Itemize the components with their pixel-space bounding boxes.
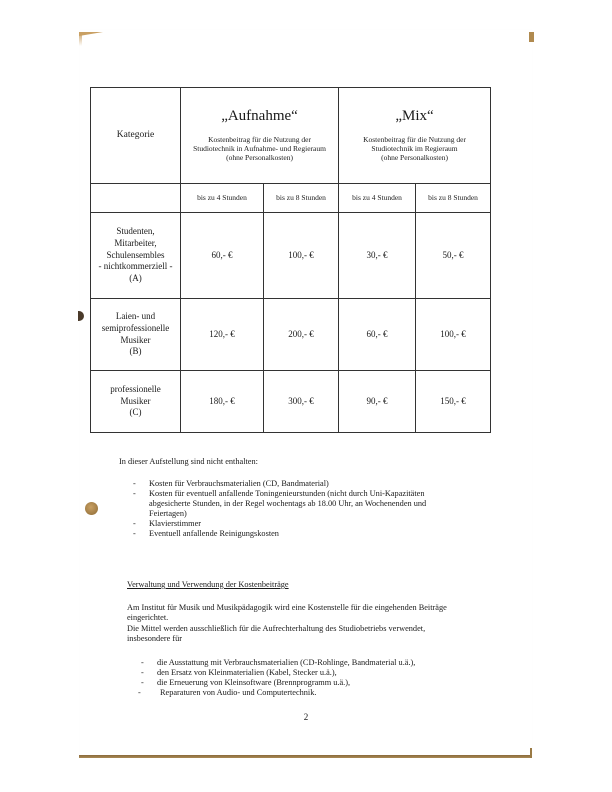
- punch-hole: [85, 502, 98, 515]
- page-number: 2: [0, 712, 612, 722]
- price-cell: 120,- €: [181, 299, 264, 371]
- price-table: Kategorie „Aufnahme“ Kostenbeitrag für d…: [90, 87, 491, 433]
- list-item-line: Feiertagen): [149, 509, 426, 519]
- bullet-dash: -: [133, 479, 136, 489]
- group-description-line: Studiotechnik im Regieraum: [342, 144, 487, 153]
- list-item: - Eventuell anfallende Reinigungskosten: [149, 529, 426, 539]
- list-item-line: Eventuell anfallende Reinigungskosten: [149, 529, 426, 539]
- category-line: professionelle: [94, 384, 177, 396]
- paragraph-line: insbesondere für: [127, 634, 182, 644]
- list-item-line: Kosten für eventuell anfallende Toningen…: [149, 489, 426, 499]
- price-cell: 60,- €: [339, 299, 416, 371]
- price-cell: 300,- €: [264, 371, 339, 433]
- group-description-line: Kostenbeitrag für die Nutzung der: [184, 135, 335, 144]
- price-cell: 90,- €: [339, 371, 416, 433]
- paper-bottom-edge: [79, 755, 532, 758]
- table-row: Studenten, Mitarbeiter, Schulensembles -…: [91, 213, 491, 299]
- list-item: - Kosten für eventuell anfallende Toning…: [149, 489, 426, 519]
- table-header-row: Kategorie „Aufnahme“ Kostenbeitrag für d…: [91, 88, 491, 184]
- table-row: Laien- und semiprofessionelle Musiker (B…: [91, 299, 491, 371]
- category-line: Mitarbeiter,: [94, 238, 177, 250]
- list-item: -die Erneuerung von Kleinsoftware (Brenn…: [157, 678, 415, 688]
- price-cell: 100,- €: [416, 299, 491, 371]
- category-cell: professionelle Musiker (C): [91, 371, 181, 433]
- category-header: Kategorie: [91, 88, 181, 184]
- list-item: - Kosten für Verbrauchsmaterialien (CD, …: [149, 479, 426, 489]
- category-line: (A): [94, 273, 177, 285]
- category-line: Schulensembles: [94, 250, 177, 262]
- list-item-line: Klavierstimmer: [149, 519, 426, 529]
- paper-tab-mark: [529, 32, 534, 42]
- exclusions-intro: In dieser Aufstellung sind nicht enthalt…: [119, 457, 258, 467]
- price-cell: 50,- €: [416, 213, 491, 299]
- price-cell: 150,- €: [416, 371, 491, 433]
- paragraph-line: eingerichtet.: [127, 613, 168, 623]
- group-title: „Mix“: [342, 108, 487, 125]
- category-cell: Studenten, Mitarbeiter, Schulensembles -…: [91, 213, 181, 299]
- list-item-line: Kosten für Verbrauchsmaterialien (CD, Ba…: [149, 479, 426, 489]
- paper-corner-edge: [530, 748, 532, 758]
- bullet-dash: -: [141, 668, 144, 678]
- list-item-text: die Erneuerung von Kleinsoftware (Brennp…: [157, 678, 350, 687]
- sub-header: bis zu 8 Stunden: [416, 184, 491, 213]
- category-line: semiprofessionelle: [94, 323, 177, 335]
- list-item-text: die Ausstattung mit Verbrauchsmaterialie…: [157, 658, 415, 667]
- sub-header: bis zu 8 Stunden: [264, 184, 339, 213]
- list-item: -die Ausstattung mit Verbrauchsmateriali…: [157, 658, 415, 668]
- list-item: -Reparaturen von Audio- und Computertech…: [157, 688, 415, 698]
- group-header-mix: „Mix“ Kostenbeitrag für die Nutzung der …: [339, 88, 491, 184]
- price-cell: 60,- €: [181, 213, 264, 299]
- empty-cell: [91, 184, 181, 213]
- group-description-line: (ohne Personalkosten): [184, 153, 335, 162]
- sub-header: bis zu 4 Stunden: [181, 184, 264, 213]
- category-line: Studenten,: [94, 226, 177, 238]
- sub-header: bis zu 4 Stunden: [339, 184, 416, 213]
- bullet-dash: -: [133, 489, 136, 499]
- list-item-line: abgesicherte Stunden, in der Regel woche…: [149, 499, 426, 509]
- price-cell: 180,- €: [181, 371, 264, 433]
- group-title: „Aufnahme“: [184, 108, 335, 125]
- bullet-dash: -: [141, 678, 144, 688]
- bullet-dash: -: [141, 658, 144, 668]
- category-line: - nichtkommerziell -: [94, 261, 177, 273]
- bullet-dash: -: [133, 519, 136, 529]
- paragraph-line: Die Mittel werden ausschließlich für die…: [127, 624, 425, 634]
- table-subheader-row: bis zu 4 Stunden bis zu 8 Stunden bis zu…: [91, 184, 491, 213]
- list-item: -den Ersatz von Kleinmaterialien (Kabel,…: [157, 668, 415, 678]
- paragraph-line: Am Institut für Musik und Musikpädagogik…: [127, 603, 447, 613]
- section-heading: Verwaltung und Verwendung der Kostenbeit…: [127, 580, 289, 590]
- list-item-text: den Ersatz von Kleinmaterialien (Kabel, …: [157, 668, 337, 677]
- group-header-aufnahme: „Aufnahme“ Kostenbeitrag für die Nutzung…: [181, 88, 339, 184]
- exclusions-list: - Kosten für Verbrauchsmaterialien (CD, …: [149, 479, 426, 539]
- group-description-line: Kostenbeitrag für die Nutzung der: [342, 135, 487, 144]
- category-line: Laien- und: [94, 311, 177, 323]
- category-cell: Laien- und semiprofessionelle Musiker (B…: [91, 299, 181, 371]
- paper-folded-corner: [79, 32, 103, 36]
- category-line: (C): [94, 407, 177, 419]
- list-item: - Klavierstimmer: [149, 519, 426, 529]
- table-row: professionelle Musiker (C) 180,- € 300,-…: [91, 371, 491, 433]
- price-cell: 200,- €: [264, 299, 339, 371]
- price-cell: 100,- €: [264, 213, 339, 299]
- price-cell: 30,- €: [339, 213, 416, 299]
- category-line: Musiker: [94, 396, 177, 408]
- list-item-text: Reparaturen von Audio- und Computertechn…: [160, 688, 316, 697]
- category-line: (B): [94, 346, 177, 358]
- paper-folded-corner-shadow: [79, 32, 82, 46]
- category-line: Musiker: [94, 335, 177, 347]
- group-description-line: (ohne Personalkosten): [342, 153, 487, 162]
- group-description-line: Studiotechnik in Aufnahme- und Regieraum: [184, 144, 335, 153]
- usage-list: -die Ausstattung mit Verbrauchsmateriali…: [157, 658, 415, 698]
- bullet-dash: -: [138, 688, 141, 698]
- category-header-label: Kategorie: [117, 130, 154, 140]
- bullet-dash: -: [133, 529, 136, 539]
